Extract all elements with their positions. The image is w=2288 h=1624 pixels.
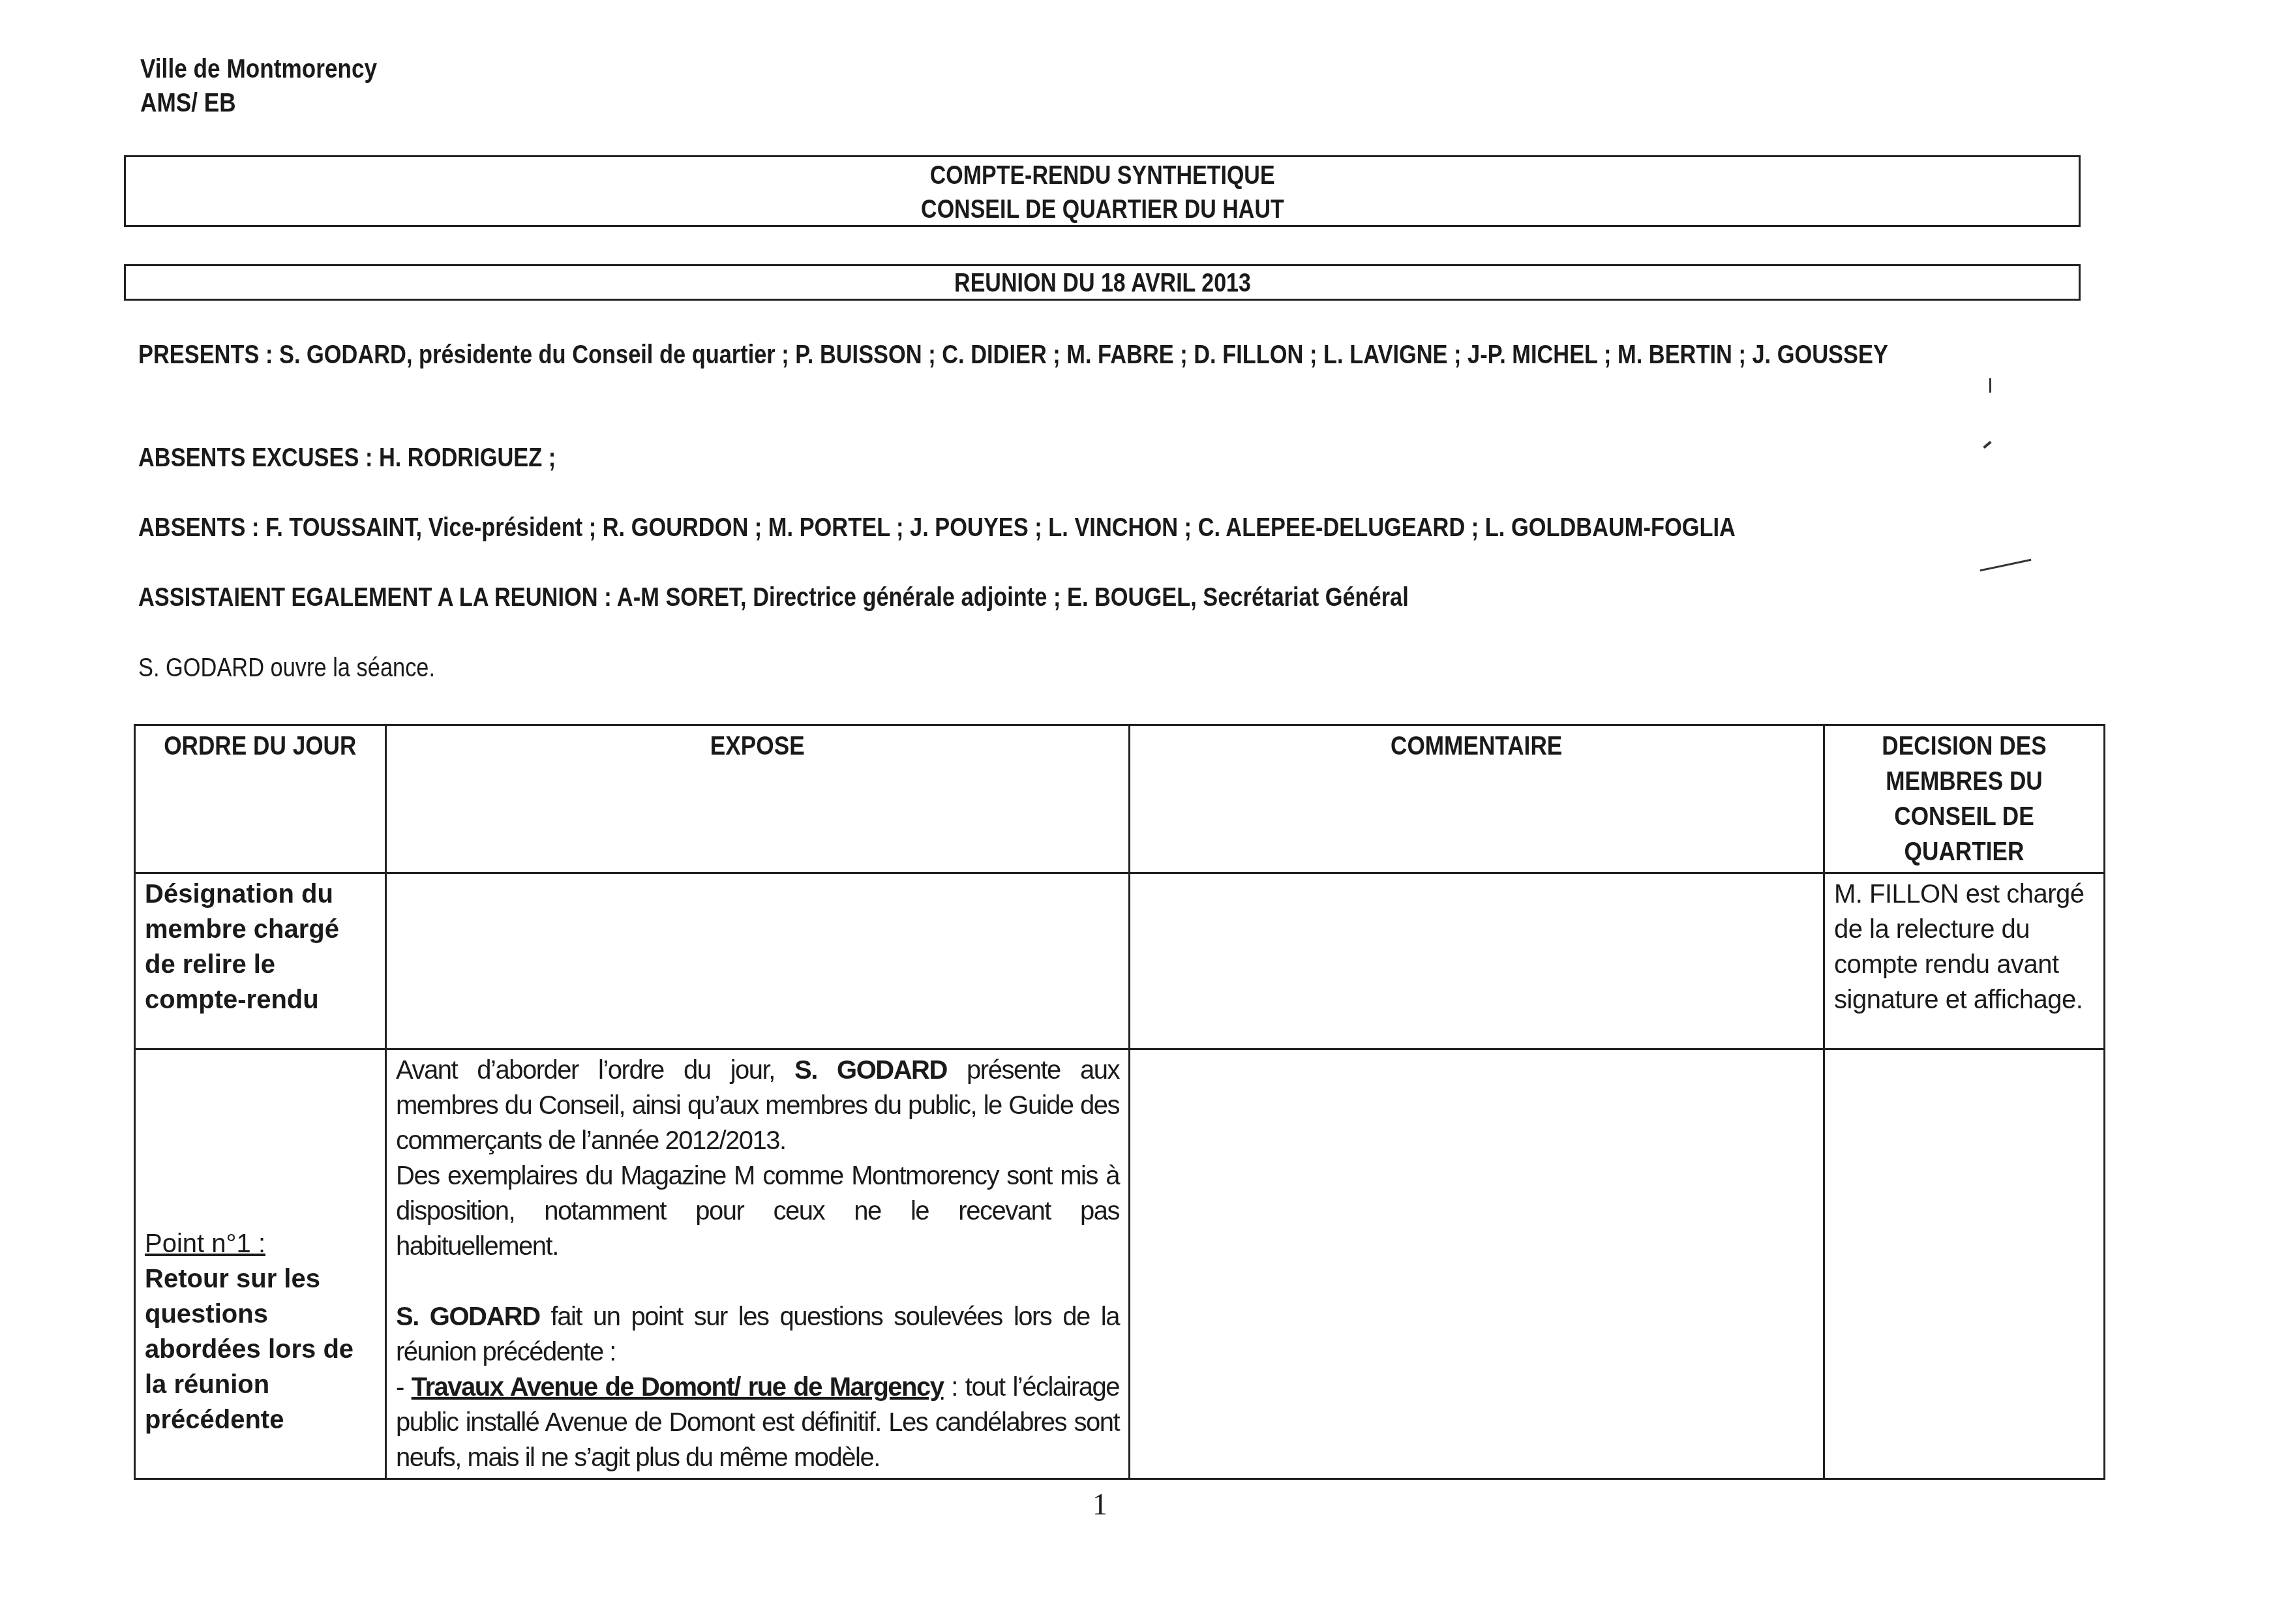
expose-paragraph-1: Avant d’aborder l’ordre du jour, S. GODA… xyxy=(396,1053,1119,1158)
expose-paragraph-3: S. GODARD fait un point sur les question… xyxy=(396,1299,1119,1370)
table-row: Point n°1 : Retour sur les questions abo… xyxy=(135,1049,2105,1479)
page-number: 1 xyxy=(1092,1487,1107,1522)
expose-paragraph-4: - Travaux Avenue de Domont/ rue de Marge… xyxy=(396,1370,1119,1475)
absents-excuses: ABSENTS EXCUSES : H. RODRIGUEZ ; xyxy=(138,441,1754,475)
organization-name: Ville de Montmorency xyxy=(140,52,377,86)
row2-decision xyxy=(1824,1049,2105,1479)
row2-expose: Avant d’aborder l’ordre du jour, S. GODA… xyxy=(386,1049,1130,1479)
table-row: Désignation du membre chargé de relire l… xyxy=(135,873,2105,1049)
title-box: COMPTE-RENDU SYNTHETIQUE CONSEIL DE QUAR… xyxy=(124,155,2081,227)
header-ordre-du-jour: ORDRE DU JOUR xyxy=(135,725,386,873)
expose-paragraph-2: Des exemplaires du Magazine M comme Mont… xyxy=(396,1158,1119,1264)
scan-mark xyxy=(1989,378,1991,393)
row1-commentaire xyxy=(1130,873,1824,1049)
title-line-2: CONSEIL DE QUARTIER DU HAUT xyxy=(921,192,1284,226)
scan-mark xyxy=(1980,559,2032,572)
row1-expose xyxy=(386,873,1130,1049)
point-title: Retour sur les questions abordées lors d… xyxy=(145,1261,376,1437)
meeting-date-box: REUNION DU 18 AVRIL 2013 xyxy=(124,264,2081,301)
title-line-1: COMPTE-RENDU SYNTHETIQUE xyxy=(930,158,1275,192)
document-reference: AMS/ EB xyxy=(140,86,236,120)
row2-ordre: Point n°1 : Retour sur les questions abo… xyxy=(135,1049,386,1479)
row1-decision: M. FILLON est chargé de la relecture du … xyxy=(1824,873,2105,1049)
point-number-label: Point n°1 : xyxy=(145,1226,376,1261)
agenda-table: ORDRE DU JOUR EXPOSE COMMENTAIRE DECISIO… xyxy=(134,724,2105,1480)
row1-ordre: Désignation du membre chargé de relire l… xyxy=(135,873,386,1049)
row2-commentaire xyxy=(1130,1049,1824,1479)
header-expose: EXPOSE xyxy=(386,725,1130,873)
absents-list: ABSENTS : F. TOUSSAINT, Vice-président ;… xyxy=(138,511,1754,545)
attendees-also: ASSISTAIENT EGALEMENT A LA REUNION : A-M… xyxy=(138,580,1754,614)
scan-mark xyxy=(1983,441,1991,449)
meeting-date: REUNION DU 18 AVRIL 2013 xyxy=(954,266,1251,300)
opening-statement: S. GODARD ouvre la séance. xyxy=(138,651,1754,685)
header-commentaire: COMMENTAIRE xyxy=(1130,725,1824,873)
table-header-row: ORDRE DU JOUR EXPOSE COMMENTAIRE DECISIO… xyxy=(135,725,2105,873)
header-decision: DECISION DES MEMBRES DU CONSEIL DE QUART… xyxy=(1824,725,2105,873)
presents-list: PRESENTS : S. GODARD, présidente du Cons… xyxy=(138,338,2011,372)
